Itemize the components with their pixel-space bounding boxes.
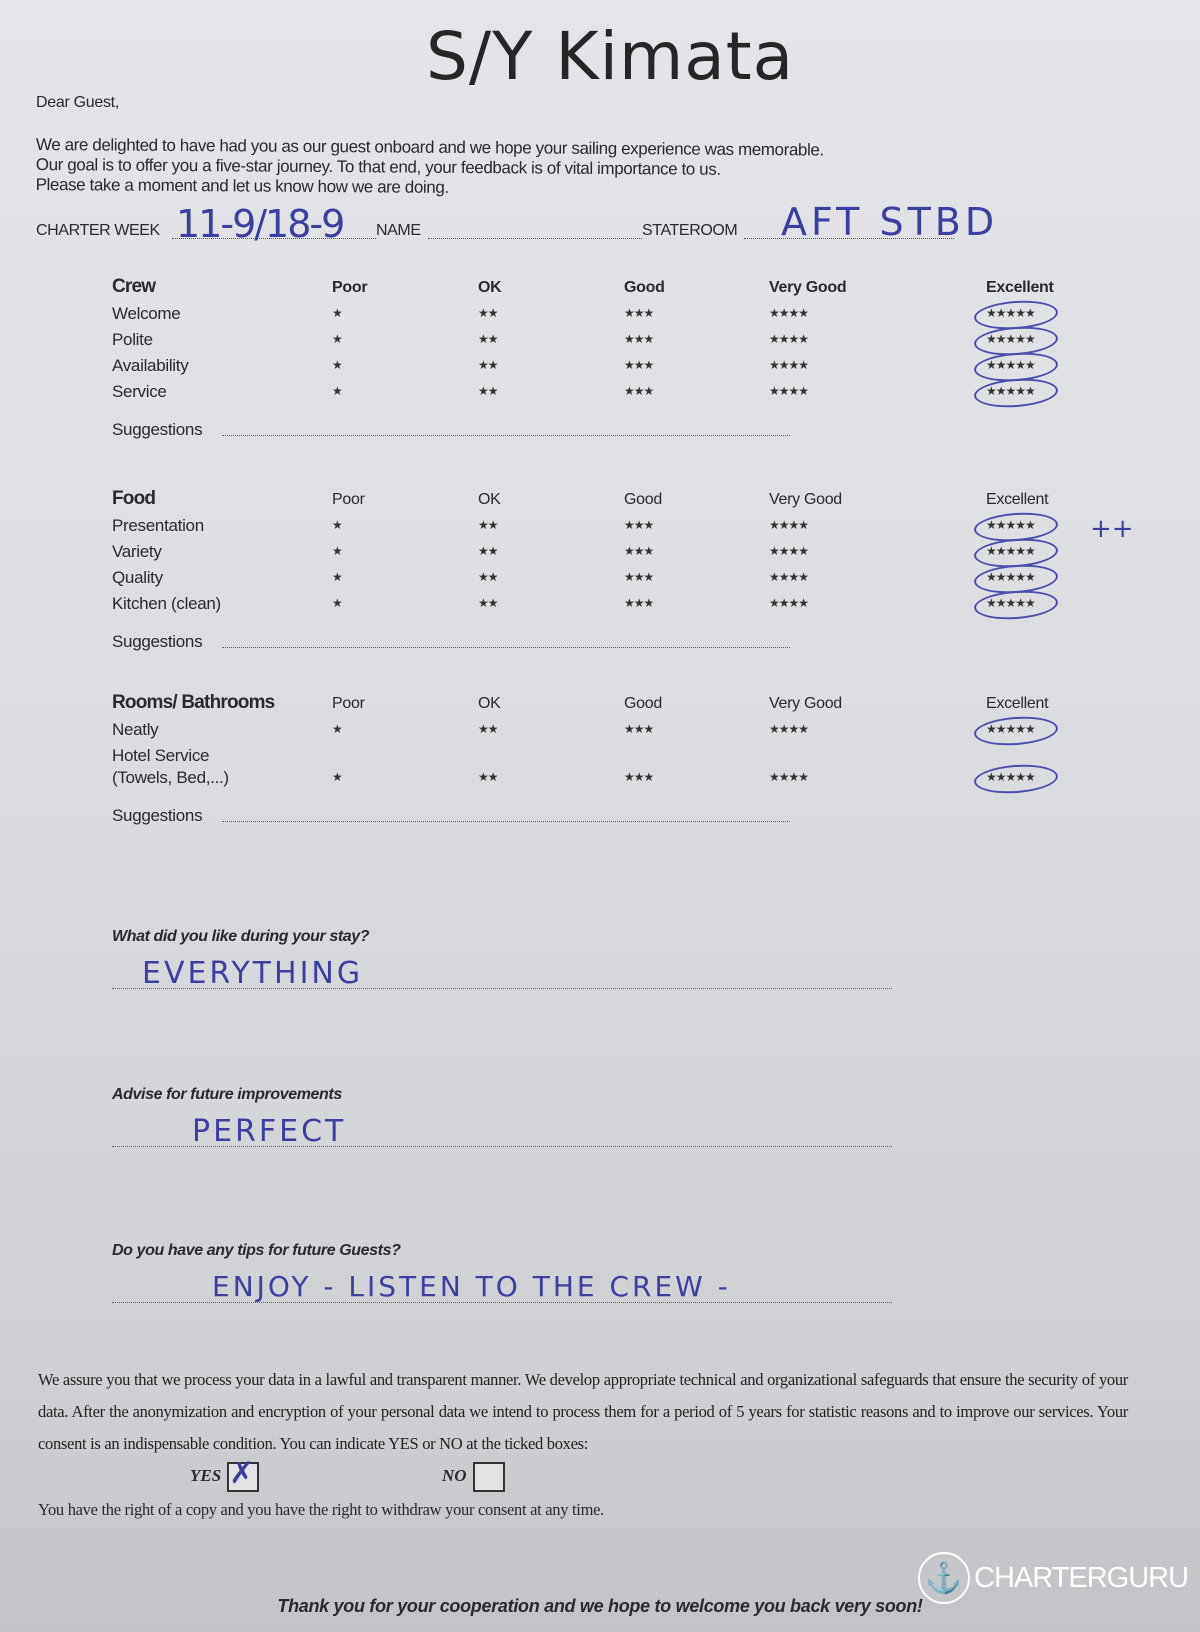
rating-column-header: Poor: [332, 491, 365, 509]
rating-item-label: Variety: [112, 542, 162, 562]
rating-option-excellent[interactable]: ★★★★★: [986, 544, 1035, 558]
rating-item-label: (Towels, Bed,...): [112, 768, 229, 788]
rating-option-very-good[interactable]: ★★★★: [769, 596, 808, 610]
rating-option-excellent[interactable]: ★★★★★: [986, 770, 1035, 784]
question-label: What did you like during your stay?: [112, 928, 892, 946]
star-icons: ★: [332, 722, 342, 736]
star-icons: ★★★★: [769, 570, 808, 584]
star-icons: ★: [332, 596, 342, 610]
rating-option-poor[interactable]: ★: [332, 518, 342, 532]
rating-option-poor[interactable]: ★: [332, 770, 342, 784]
rating-column-header: Poor: [332, 695, 365, 713]
star-icons: ★★: [478, 384, 498, 398]
rating-option-ok[interactable]: ★★: [478, 332, 498, 346]
rating-column-header: Good: [624, 695, 662, 713]
rating-item-label: Quality: [112, 568, 163, 588]
star-icons: ★★★: [624, 770, 653, 784]
name-label: NAME: [376, 222, 421, 240]
rating-column-header: Good: [624, 491, 662, 509]
rating-option-good[interactable]: ★★★: [624, 770, 653, 784]
rating-row: Presentation★★★★★★★★★★★★★★★: [112, 514, 1112, 540]
star-icons: ★★★★: [769, 518, 808, 532]
star-icons: ★★★: [624, 518, 653, 532]
rating-option-poor[interactable]: ★: [332, 570, 342, 584]
rating-option-poor[interactable]: ★: [332, 332, 342, 346]
rating-row: Availability★★★★★★★★★★★★★★★: [112, 354, 1112, 380]
star-icons: ★★★: [624, 570, 653, 584]
answer-text: ENJOY - LISTEN TO THE CREW -: [212, 1270, 731, 1303]
suggestions-label: Suggestions: [112, 420, 202, 440]
rating-column-header: Very Good: [769, 491, 842, 509]
rating-row: Polite★★★★★★★★★★★★★★★: [112, 328, 1112, 354]
rating-column-header: Very Good: [769, 695, 842, 713]
star-icons: ★★★: [624, 332, 653, 346]
star-icons: ★: [332, 544, 342, 558]
question-tips: Do you have any tips for future Guests? …: [112, 1242, 892, 1306]
circled-selection-mark: [973, 588, 1059, 622]
star-icons: ★★★★: [769, 770, 808, 784]
rating-option-excellent[interactable]: ★★★★★: [986, 722, 1035, 736]
rating-option-ok[interactable]: ★★: [478, 544, 498, 558]
section-title: Rooms/ Bathrooms: [112, 692, 274, 714]
rating-option-very-good[interactable]: ★★★★: [769, 770, 808, 784]
rating-option-very-good[interactable]: ★★★★: [769, 384, 808, 398]
greeting: Dear Guest,: [36, 94, 119, 112]
rating-row: Kitchen (clean)★★★★★★★★★★★★★★★: [112, 592, 1112, 618]
rating-option-good[interactable]: ★★★: [624, 570, 653, 584]
rating-option-poor[interactable]: ★: [332, 722, 342, 736]
suggestions-row: Suggestions: [112, 806, 1112, 832]
question-improvements: Advise for future improvements PERFECT: [112, 1086, 892, 1150]
rating-row: Service★★★★★★★★★★★★★★★: [112, 380, 1112, 406]
answer-text: EVERYTHING: [142, 956, 363, 991]
rating-option-good[interactable]: ★★★: [624, 722, 653, 736]
suggestions-label: Suggestions: [112, 632, 202, 652]
star-icons: ★★: [478, 358, 498, 372]
star-icons: ★★: [478, 518, 498, 532]
star-icons: ★★★★: [769, 544, 808, 558]
rating-column-header: Poor: [332, 279, 367, 297]
answer-field[interactable]: ENJOY - LISTEN TO THE CREW -: [112, 1266, 892, 1306]
watermark-text: CHARTERGURU: [974, 1562, 1188, 1595]
rating-column-header: OK: [478, 491, 501, 509]
rating-option-excellent[interactable]: ★★★★★: [986, 596, 1035, 610]
answer-field[interactable]: PERFECT: [112, 1110, 892, 1150]
food-annotation: ++: [1090, 514, 1134, 544]
rating-section-food: FoodPoorOKGoodVery GoodExcellentPresenta…: [112, 488, 1112, 658]
no-checkbox[interactable]: [473, 1462, 505, 1492]
rating-option-very-good[interactable]: ★★★★: [769, 544, 808, 558]
rating-column-header: Very Good: [769, 279, 846, 297]
suggestions-row: Suggestions: [112, 632, 1112, 658]
rating-option-good[interactable]: ★★★: [624, 358, 653, 372]
rating-option-excellent[interactable]: ★★★★★: [986, 306, 1035, 320]
charter-week-field[interactable]: 11-9/18-9: [176, 202, 343, 246]
suggestions-field[interactable]: [222, 435, 790, 436]
stateroom-label: STATEROOM: [642, 222, 737, 240]
stateroom-field[interactable]: AFT STBD: [781, 200, 998, 244]
section-header: FoodPoorOKGoodVery GoodExcellent: [112, 488, 1112, 514]
yes-label: YES: [190, 1466, 221, 1485]
rating-item-label: Service: [112, 382, 167, 402]
rating-row: Variety★★★★★★★★★★★★★★★: [112, 540, 1112, 566]
answer-field[interactable]: EVERYTHING: [112, 952, 892, 992]
no-label: NO: [442, 1466, 467, 1485]
rating-column-header: Good: [624, 279, 665, 297]
star-icons: ★★★: [624, 384, 653, 398]
yes-checkbox[interactable]: ✗: [227, 1462, 259, 1492]
rating-option-excellent[interactable]: ★★★★★: [986, 518, 1035, 532]
rating-option-poor[interactable]: ★: [332, 306, 342, 320]
section-title: Food: [112, 488, 155, 510]
rating-option-ok[interactable]: ★★: [478, 570, 498, 584]
charter-week-label: CHARTER WEEK: [36, 222, 160, 240]
question-liked: What did you like during your stay? EVER…: [112, 928, 892, 992]
star-icons: ★★★★: [769, 722, 808, 736]
suggestions-field[interactable]: [222, 647, 790, 648]
star-icons: ★: [332, 332, 342, 346]
star-icons: ★★★★: [769, 384, 808, 398]
rating-option-excellent[interactable]: ★★★★★: [986, 332, 1035, 346]
star-icons: ★: [332, 384, 342, 398]
circled-selection-mark: [973, 762, 1059, 796]
answer-text: PERFECT: [192, 1114, 346, 1149]
rating-row: Welcome★★★★★★★★★★★★★★★: [112, 302, 1112, 328]
rating-option-ok[interactable]: ★★: [478, 722, 498, 736]
rating-row: Neatly★★★★★★★★★★★★★★★: [112, 718, 1112, 744]
star-icons: ★: [332, 770, 342, 784]
rating-option-poor[interactable]: ★: [332, 384, 342, 398]
star-icons: ★: [332, 306, 342, 320]
rating-option-good[interactable]: ★★★: [624, 518, 653, 532]
rating-option-good[interactable]: ★★★: [624, 384, 653, 398]
rating-option-very-good[interactable]: ★★★★: [769, 332, 808, 346]
rating-section-crew: CrewPoorOKGoodVery GoodExcellentWelcome★…: [112, 276, 1112, 446]
star-icons: ★★: [478, 596, 498, 610]
rating-option-good[interactable]: ★★★: [624, 596, 653, 610]
page-title: S/Y Kimata: [0, 18, 1200, 95]
rating-row-label-line: Hotel Service: [112, 744, 1112, 766]
rating-option-very-good[interactable]: ★★★★: [769, 722, 808, 736]
suggestions-label: Suggestions: [112, 806, 202, 826]
rating-option-poor[interactable]: ★: [332, 596, 342, 610]
rating-item-label: Neatly: [112, 720, 158, 740]
rating-column-header: Excellent: [986, 695, 1048, 713]
rating-option-very-good[interactable]: ★★★★: [769, 358, 808, 372]
star-icons: ★★★: [624, 544, 653, 558]
suggestions-field[interactable]: [222, 821, 790, 822]
consent-yes[interactable]: YES✗: [190, 1462, 259, 1492]
rating-row: (Towels, Bed,...)★★★★★★★★★★★★★★★: [112, 766, 1112, 792]
rating-option-ok[interactable]: ★★: [478, 358, 498, 372]
circled-selection-mark: [973, 376, 1059, 410]
star-icons: ★: [332, 570, 342, 584]
rating-item-label: Polite: [112, 330, 153, 350]
suggestions-row: Suggestions: [112, 420, 1112, 446]
rating-option-poor[interactable]: ★: [332, 544, 342, 558]
rating-option-very-good[interactable]: ★★★★: [769, 518, 808, 532]
rating-option-excellent[interactable]: ★★★★★: [986, 384, 1035, 398]
star-icons: ★★★: [624, 306, 653, 320]
rating-option-ok[interactable]: ★★: [478, 518, 498, 532]
rating-item-label: Presentation: [112, 516, 204, 536]
question-label: Advise for future improvements: [112, 1086, 892, 1104]
section-header: CrewPoorOKGoodVery GoodExcellent: [112, 276, 1112, 302]
star-icons: ★★★★: [769, 596, 808, 610]
data-privacy-text: We assure you that we process your data …: [38, 1364, 1128, 1460]
rating-option-excellent[interactable]: ★★★★★: [986, 358, 1035, 372]
consent-no[interactable]: NO: [442, 1462, 505, 1492]
rating-option-ok[interactable]: ★★: [478, 770, 498, 784]
rating-column-header: Excellent: [986, 491, 1048, 509]
rating-item-label: Kitchen (clean): [112, 594, 221, 614]
rating-option-ok[interactable]: ★★: [478, 384, 498, 398]
star-icons: ★★★: [624, 358, 653, 372]
star-icons: ★★★★: [769, 332, 808, 346]
rating-column-header: OK: [478, 279, 501, 297]
circled-selection-mark: [973, 714, 1059, 748]
star-icons: ★★★★: [769, 358, 808, 372]
rating-section-rooms-bathrooms: Rooms/ BathroomsPoorOKGoodVery GoodExcel…: [112, 692, 1112, 832]
rating-column-header: Excellent: [986, 279, 1054, 297]
star-icons: ★★★: [624, 596, 653, 610]
star-icons: ★★: [478, 544, 498, 558]
rating-option-good[interactable]: ★★★: [624, 306, 653, 320]
check-mark-icon: ✗: [229, 1454, 254, 1494]
star-icons: ★★: [478, 332, 498, 346]
rating-column-header: OK: [478, 695, 501, 713]
rating-option-excellent[interactable]: ★★★★★: [986, 570, 1035, 584]
rating-option-good[interactable]: ★★★: [624, 544, 653, 558]
star-icons: ★★: [478, 722, 498, 736]
star-icons: ★: [332, 358, 342, 372]
rating-option-very-good[interactable]: ★★★★: [769, 306, 808, 320]
rating-item-label: Welcome: [112, 304, 180, 324]
rating-row: Quality★★★★★★★★★★★★★★★: [112, 566, 1112, 592]
rating-option-ok[interactable]: ★★: [478, 596, 498, 610]
star-icons: ★★★: [624, 722, 653, 736]
star-icons: ★★: [478, 570, 498, 584]
star-icons: ★★: [478, 770, 498, 784]
star-icons: ★★★★: [769, 306, 808, 320]
charter-info-row: CHARTER WEEK 11-9/18-9 NAME STATEROOM AF…: [36, 208, 1036, 252]
star-icons: ★: [332, 518, 342, 532]
rating-item-label: Availability: [112, 356, 188, 376]
section-title: Crew: [112, 276, 155, 298]
section-header: Rooms/ BathroomsPoorOKGoodVery GoodExcel…: [112, 692, 1112, 718]
star-icons: ★★: [478, 306, 498, 320]
rating-option-ok[interactable]: ★★: [478, 306, 498, 320]
rating-option-poor[interactable]: ★: [332, 358, 342, 372]
intro-paragraph: We are delighted to have had you as our …: [36, 135, 824, 200]
consent-rights-text: You have the right of a copy and you hav…: [38, 1500, 604, 1520]
rating-option-good[interactable]: ★★★: [624, 332, 653, 346]
question-label: Do you have any tips for future Guests?: [112, 1242, 892, 1260]
rating-option-very-good[interactable]: ★★★★: [769, 570, 808, 584]
thank-you-message: Thank you for your cooperation and we ho…: [0, 1596, 1200, 1617]
name-field[interactable]: [428, 238, 642, 239]
